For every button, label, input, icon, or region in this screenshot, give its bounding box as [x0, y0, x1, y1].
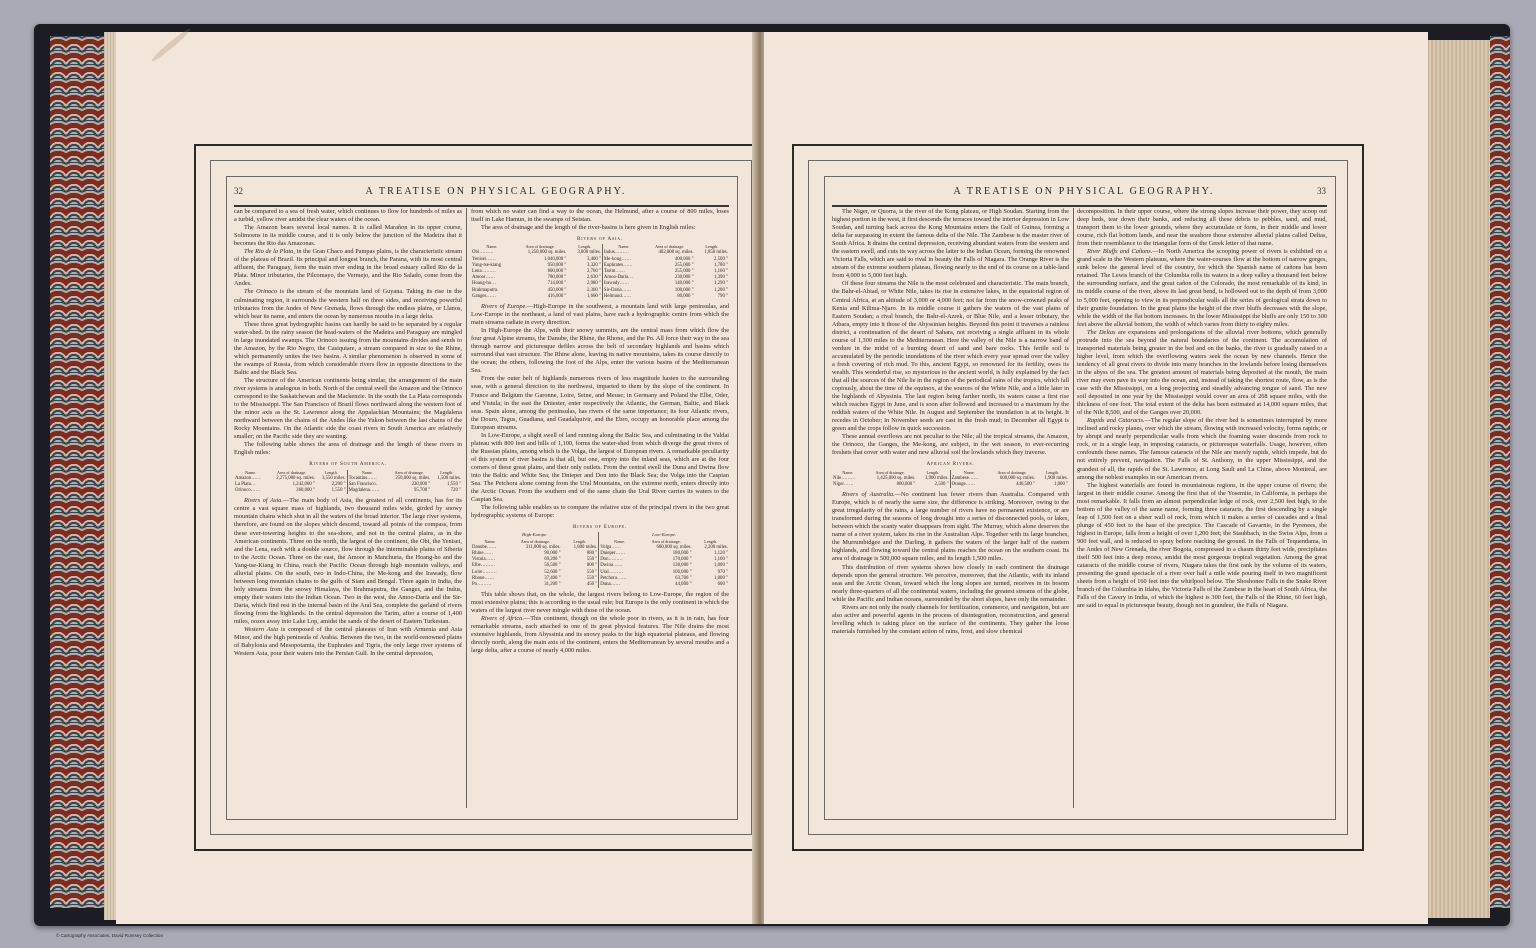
running-head: A TREATISE ON PHYSICAL GEOGRAPHY.: [904, 186, 1264, 197]
paragraph: The following table shows the area of dr…: [234, 441, 462, 457]
paragraph: from which no water can find a way to th…: [471, 208, 729, 224]
marbled-endpaper-left: [50, 36, 108, 908]
paragraph-group: This table shows that, on the whole, the…: [471, 591, 729, 655]
text-column-right-1: The Niger, or Quorra, is the river of th…: [832, 208, 1069, 808]
paragraph-lead: Rapids and Cataracts.: [1087, 417, 1145, 424]
text-column-right-2: decomposition. In their upper course, wh…: [1077, 208, 1327, 808]
table-row: Po………31,200 "450 "Duna……44,000 "600 ": [471, 582, 729, 588]
table-title: Rivers of South America.: [234, 460, 462, 468]
paragraph: Rivers of Europe.—High-Europe in the sou…: [471, 303, 729, 327]
paragraph-lead: Rivers of Europe.: [481, 303, 527, 310]
paragraph: River Bluffs and Cañons.—In North Americ…: [1077, 248, 1327, 328]
table-row: Ganges……416,000 "1,660 "Helmund……80,000 …: [471, 294, 729, 300]
paragraph: decomposition. In their upper course, wh…: [1077, 208, 1327, 248]
paragraph-group: from which no water can find a way to th…: [471, 208, 729, 232]
paragraph: These three great hydrographic basins ca…: [234, 321, 462, 377]
paragraph: These annual overflows are not peculiar …: [832, 433, 1069, 457]
paragraph-lead: The Rio de la Plata,: [244, 248, 295, 255]
paragraph: The following table enables us to compar…: [471, 504, 729, 520]
paragraph-group: can be compared to a sea of fresh water,…: [234, 208, 462, 457]
text-column-left-2: from which no water can find a way to th…: [471, 208, 729, 808]
paragraph: From the outer belt of highlands numerou…: [471, 375, 729, 431]
paragraph: This table shows that, on the whole, the…: [471, 591, 729, 615]
paragraph-group: decomposition. In their upper course, wh…: [1077, 208, 1327, 610]
paragraph: The Deltas are expansions and prolongati…: [1077, 329, 1327, 418]
paragraph: The area of drainage and the length of t…: [471, 224, 729, 232]
paragraph-group: The Niger, or Quorra, is the river of th…: [832, 208, 1069, 457]
paragraph-group: Rivers of Australia.—No continent has fe…: [832, 491, 1069, 636]
paragraph-lead: Rivers of Asia.: [244, 497, 283, 504]
river-table: Name.Area of drainage.Length.Name.Area o…: [832, 470, 1069, 489]
right-page: A TREATISE ON PHYSICAL GEOGRAPHY. 33 The…: [764, 32, 1428, 924]
paragraph: Rivers of Australia.—No continent has fe…: [832, 491, 1069, 563]
table-africa: African Rivers.Name.Area of drainage.Len…: [832, 460, 1069, 488]
paragraph: The Orinoco is the stream of the mountai…: [234, 288, 462, 320]
page-number: 33: [1317, 186, 1326, 196]
paragraph-lead: Western Asia: [244, 626, 278, 633]
page-edges-right: [1428, 40, 1490, 918]
text-column-left-1: can be compared to a sea of fresh water,…: [234, 208, 462, 808]
table-title: African Rivers.: [832, 460, 1069, 468]
paragraph-group: Rivers of Europe.—High-Europe in the sou…: [471, 303, 729, 520]
paragraph: can be compared to a sea of fresh water,…: [234, 208, 462, 224]
paragraph: The Amazon bears several local names. It…: [234, 224, 462, 248]
paragraph: This distribution of river systems shows…: [832, 564, 1069, 604]
paragraph: Of these four streams the Nile is the mo…: [832, 280, 1069, 433]
column-divider: [466, 208, 467, 808]
paragraph-group: Rivers of Asia.—The main body of Asia, t…: [234, 497, 462, 658]
paragraph-lead: The Orinoco: [244, 288, 277, 295]
left-page: 32 A TREATISE ON PHYSICAL GEOGRAPHY. can…: [116, 32, 756, 924]
page-number: 32: [234, 186, 243, 196]
river-table: Name.Area of drainage.Length.Name.Area o…: [471, 244, 729, 300]
river-table: Name.Area of drainage.Length.Name.Area o…: [234, 470, 462, 495]
paragraph: Rivers of Asia.—The main body of Asia, t…: [234, 497, 462, 626]
paragraph: The Niger, or Quorra, is the river of th…: [832, 208, 1069, 280]
paragraph-lead: Rivers of Africa.: [481, 615, 524, 622]
paragraph-lead: River Bluffs and Cañons.: [1087, 248, 1152, 255]
header-rule: [832, 205, 1327, 207]
paragraph: In Low-Europe, a slight swell of land ru…: [471, 432, 729, 504]
table-row: Orinoco……360,000 "1,550 "Magdalena……95,7…: [234, 488, 462, 494]
column-divider: [1073, 208, 1074, 808]
table-asia: Rivers of Asia.Name.Area of drainage.Len…: [471, 235, 729, 300]
paragraph-lead: The Deltas: [1087, 329, 1115, 336]
paper-stain: [150, 27, 192, 64]
running-head: A TREATISE ON PHYSICAL GEOGRAPHY.: [316, 186, 676, 197]
table-europe: Rivers of Europe.High-Europe.Low-Europe.…: [471, 523, 729, 588]
table-title: Rivers of Asia.: [471, 235, 729, 243]
table-south-america: Rivers of South America.Name.Area of dra…: [234, 460, 462, 494]
paragraph: Rapids and Cataracts.—The regular slope …: [1077, 417, 1327, 481]
table-title: Rivers of Europe.: [471, 523, 729, 531]
river-table: High-Europe.Low-Europe.Name.Area of drai…: [471, 532, 729, 588]
paragraph: The structure of the American continents…: [234, 377, 462, 441]
paragraph: The Rio de la Plata, in the Gran Chaco a…: [234, 248, 462, 288]
paragraph: Western Asia is composed of the central …: [234, 626, 462, 658]
copyright-credit: © Cartography Associates, David Rumsey C…: [56, 933, 163, 938]
header-rule: [234, 205, 729, 207]
table-row: Niger……800,000 "2,500 "Orange……446,500 "…: [832, 482, 1069, 488]
paragraph: Rivers are not only the ready channels f…: [832, 604, 1069, 636]
paragraph: In High-Europe the Alps, with their snow…: [471, 327, 729, 375]
marbled-endpaper-right: [1490, 36, 1510, 908]
paragraph-lead: Rivers of Australia.: [842, 491, 895, 498]
paragraph: Rivers of Africa.—This continent, though…: [471, 615, 729, 655]
paragraph: The highest waterfalls are found in moun…: [1077, 482, 1327, 611]
